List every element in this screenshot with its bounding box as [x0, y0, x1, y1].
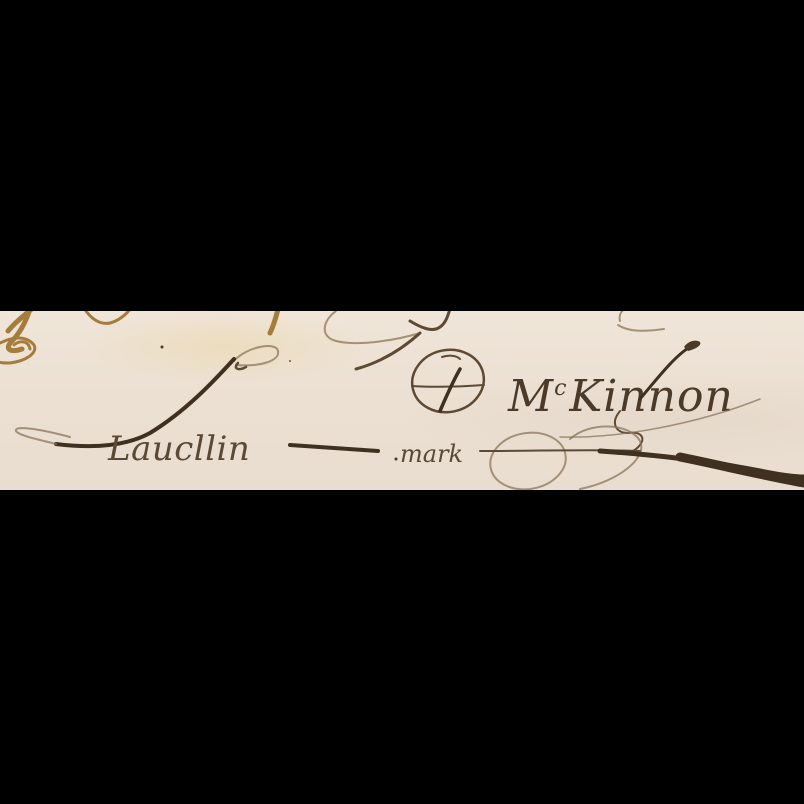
given-name: Laucllin — [107, 429, 250, 469]
dash-stroke — [290, 445, 378, 451]
surname-superscript: c — [554, 376, 567, 401]
letterbox-bottom — [0, 490, 804, 804]
document-fragment: Laucllin mark McKinnon — [0, 311, 804, 490]
mark-loops — [486, 426, 642, 490]
letterbox-top — [0, 0, 804, 311]
upper-line-flourish-left — [0, 311, 35, 363]
surname: McKinnon — [507, 371, 734, 422]
handwriting-canvas: Laucllin mark McKinnon — [0, 311, 804, 490]
heavy-ink-stroke — [480, 450, 804, 483]
surname-rest: Kinnon — [568, 371, 733, 422]
mark-label: mark — [400, 440, 463, 468]
surname-prefix: M — [507, 371, 554, 422]
upper-line-loops — [325, 311, 664, 369]
upper-line-flourish-mid — [86, 311, 278, 333]
circled-cross-mark-icon — [406, 343, 489, 419]
